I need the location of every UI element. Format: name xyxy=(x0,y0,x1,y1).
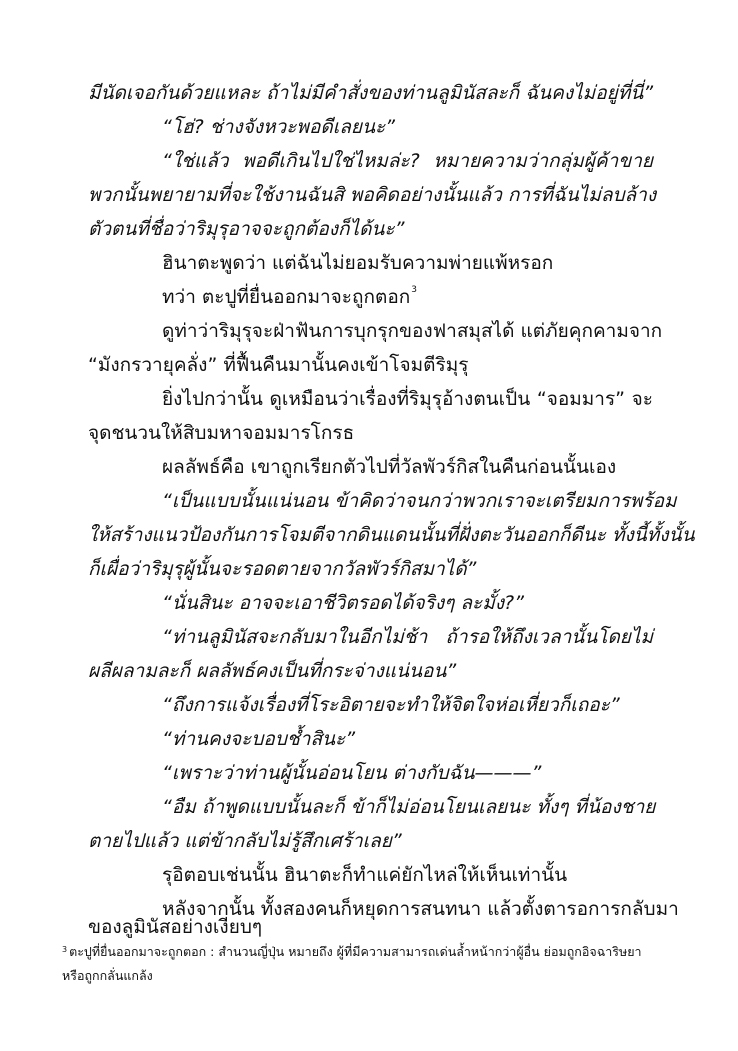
narration-text: ทว่า ตะปูที่ยื่นออกมาจะถูกตอก xyxy=(162,286,410,308)
dialogue-line: “โฮ่? ช่างจังหวะพอดีเลยนะ” xyxy=(88,110,653,144)
footnote-reference[interactable]: 3 xyxy=(411,285,417,295)
narration-line: จุดชนวนให้สิบมหาจอมมารโกรธ xyxy=(88,416,653,450)
dialogue-line: “นั่นสินะ อาจจะเอาชีวิตรอดได้จริงๆ ละมั้… xyxy=(88,586,653,620)
narration-line-last: ของลูมินัสอย่างเงียบๆ xyxy=(88,912,262,942)
dialogue-line: “เป็นแบบนั้นแน่นอน ข้าคิดว่าจนกว่าพวกเรา… xyxy=(88,484,653,518)
dialogue-line: “ถึงการแจ้งเรื่องที่โระอิตายจะทำให้จิตใจ… xyxy=(88,688,653,722)
text-line: ตัวตนที่ชื่อว่าริมุรุอาจจะถูกต้องก็ได้นะ… xyxy=(88,212,653,246)
footnote: 3ตะปูที่ยื่นออกมาจะถูกตอก : สำนวนญี่ปุ่น… xyxy=(62,940,702,988)
dialogue-line: ตายไปแล้ว แต่ข้ากลับไม่รู้สึกเศร้าเลย” xyxy=(88,824,653,858)
dialogue-line: “ท่านลูมินัสจะกลับมาในอีกไม่ช้า ถ้ารอให้… xyxy=(88,620,653,654)
narration-line: “มังกรวายุคลั่ง” ที่ฟื้นคืนมานั้นคงเข้าโ… xyxy=(88,348,653,382)
text-line: พวกนั้นพยายามที่จะใช้งานฉันสิ พอคิดอย่าง… xyxy=(88,178,653,212)
dialogue-line: “อืม ถ้าพูดแบบนั้นละก็ ข้าก็ไม่อ่อนโยนเล… xyxy=(88,790,653,824)
dialogue-line: “เพราะว่าท่านผู้นั้นอ่อนโยน ต่างกับฉัน——… xyxy=(88,756,653,790)
footnote-line: หรือถูกกลั่นแกล้ง xyxy=(62,964,702,988)
dialogue-line: ก็เผื่อว่าริมุรุผู้นั้นจะรอดตายจากวัลพัว… xyxy=(88,552,653,586)
narration-line: ฮินาตะพูดว่า แต่ฉันไม่ยอมรับความพ่ายแพ้ห… xyxy=(88,246,653,280)
document-page: มีนัดเจอกันด้วยแหละ ถ้าไม่มีคำสั่งของท่า… xyxy=(0,0,738,1051)
footnote-line: 3ตะปูที่ยื่นออกมาจะถูกตอก : สำนวนญี่ปุ่น… xyxy=(62,940,702,964)
dialogue-line: ผลีผลามละก็ ผลลัพธ์คงเป็นที่กระจ่างแน่นอ… xyxy=(88,654,653,688)
narration-line: ทว่า ตะปูที่ยื่นออกมาจะถูกตอก3 xyxy=(88,280,653,314)
narration-line: ดูท่าว่าริมุรุจะฝ่าฟันการบุกรุกของฟาสมุส… xyxy=(88,314,653,348)
dialogue-line: ให้สร้างแนวป้องกันการโจมตีจากดินแดนนั้นท… xyxy=(88,518,653,552)
body-text: มีนัดเจอกันด้วยแหละ ถ้าไม่มีคำสั่งของท่า… xyxy=(88,76,653,926)
narration-line: ผลลัพธ์คือ เขาถูกเรียกตัวไปที่วัลพัวร์กิ… xyxy=(88,450,653,484)
footnote-text: ตะปูที่ยื่นออกมาจะถูกตอก : สำนวนญี่ปุ่น … xyxy=(69,944,641,959)
narration-line: รุอิตอบเช่นนั้น ฮินาตะก็ทำแค่ยักไหล่ให้เ… xyxy=(88,858,653,892)
narration-line: ยิ่งไปกว่านั้น ดูเหมือนว่าเรื่องที่ริมุร… xyxy=(88,382,653,416)
text-line: มีนัดเจอกันด้วยแหละ ถ้าไม่มีคำสั่งของท่า… xyxy=(88,76,653,110)
footnote-mark: 3 xyxy=(62,945,67,954)
dialogue-line: “ใช่แล้ว พอดีเกินไปใช่ไหมล่ะ? หมายความว่… xyxy=(88,144,653,178)
dialogue-line: “ท่านคงจะบอบช้ำสินะ” xyxy=(88,722,653,756)
